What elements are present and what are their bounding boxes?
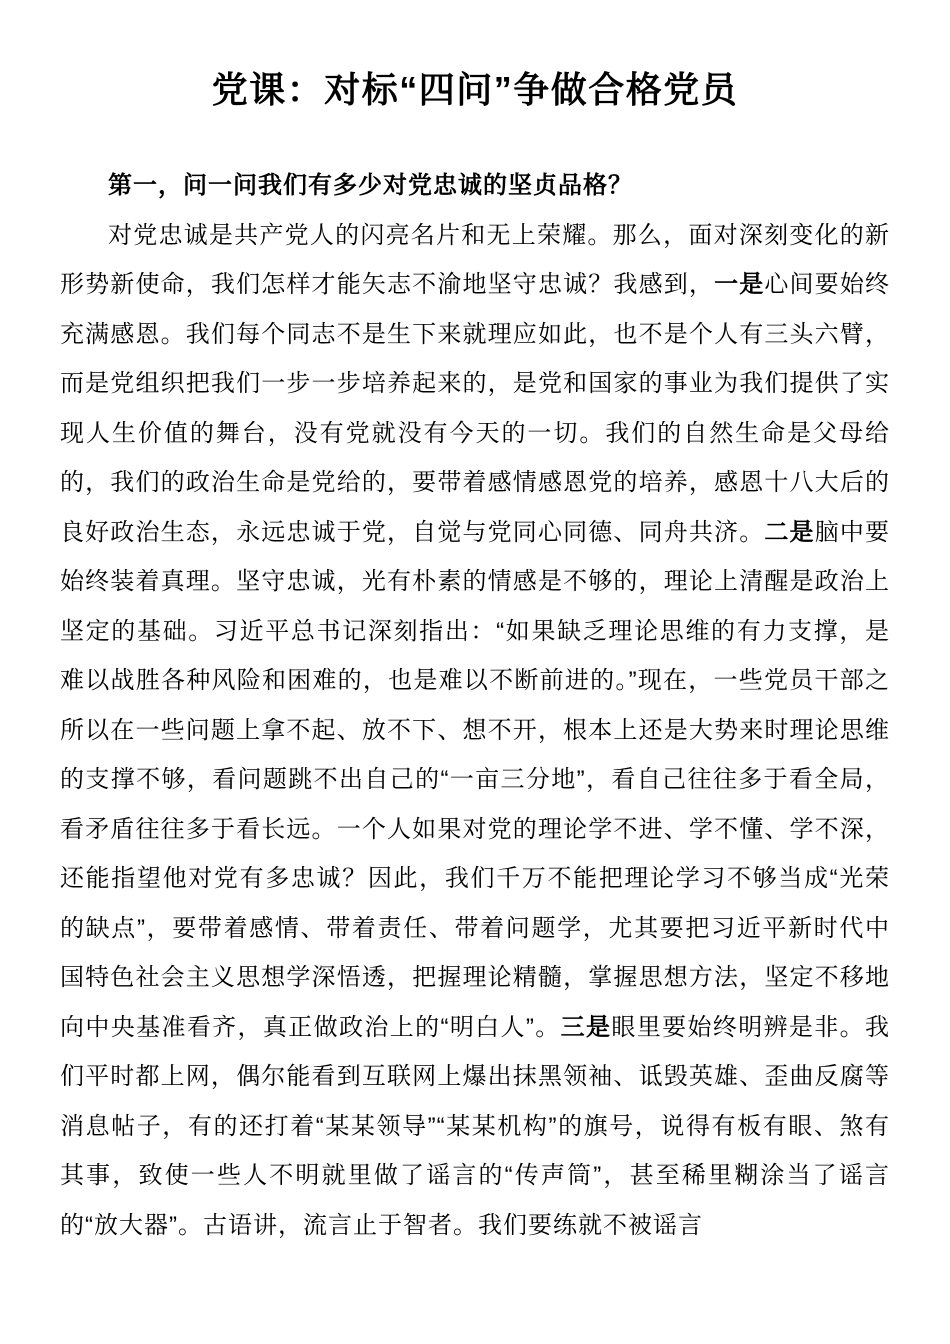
- text-run: 脑中要始终装着真理。坚守忠诚，光有朴素的情感是不够的，理论上清醒是政治上坚定的基…: [60, 519, 890, 1041]
- document-title: 党课：对标“四问”争做合格党员: [0, 0, 950, 116]
- bold-run: 三是: [561, 1014, 612, 1041]
- body-paragraph: 对党忠诚是共产党人的闪亮名片和无上荣耀。那么，面对深刻变化的新形势新使命，我们怎…: [60, 211, 890, 1251]
- bold-run: 一是: [714, 271, 764, 298]
- section-heading: 第一，问一问我们有多少对党忠诚的坚贞品格？: [60, 161, 890, 211]
- text-run: 心间要始终充满感恩。我们每个同志不是生下来就理应如此，也不是个人有三头六臂，而是…: [60, 271, 890, 546]
- document-body: 第一，问一问我们有多少对党忠诚的坚贞品格？ 对党忠诚是共产党人的闪亮名片和无上荣…: [60, 161, 890, 1250]
- text-run: 眼里要始终明辨是非。我们平时都上网，偶尔能看到互联网上爆出抹黑领袖、诋毁英雄、歪…: [60, 1014, 890, 1239]
- bold-run: 二是: [764, 519, 814, 546]
- document-page: 党课：对标“四问”争做合格党员 第一，问一问我们有多少对党忠诚的坚贞品格？ 对党…: [0, 0, 950, 1344]
